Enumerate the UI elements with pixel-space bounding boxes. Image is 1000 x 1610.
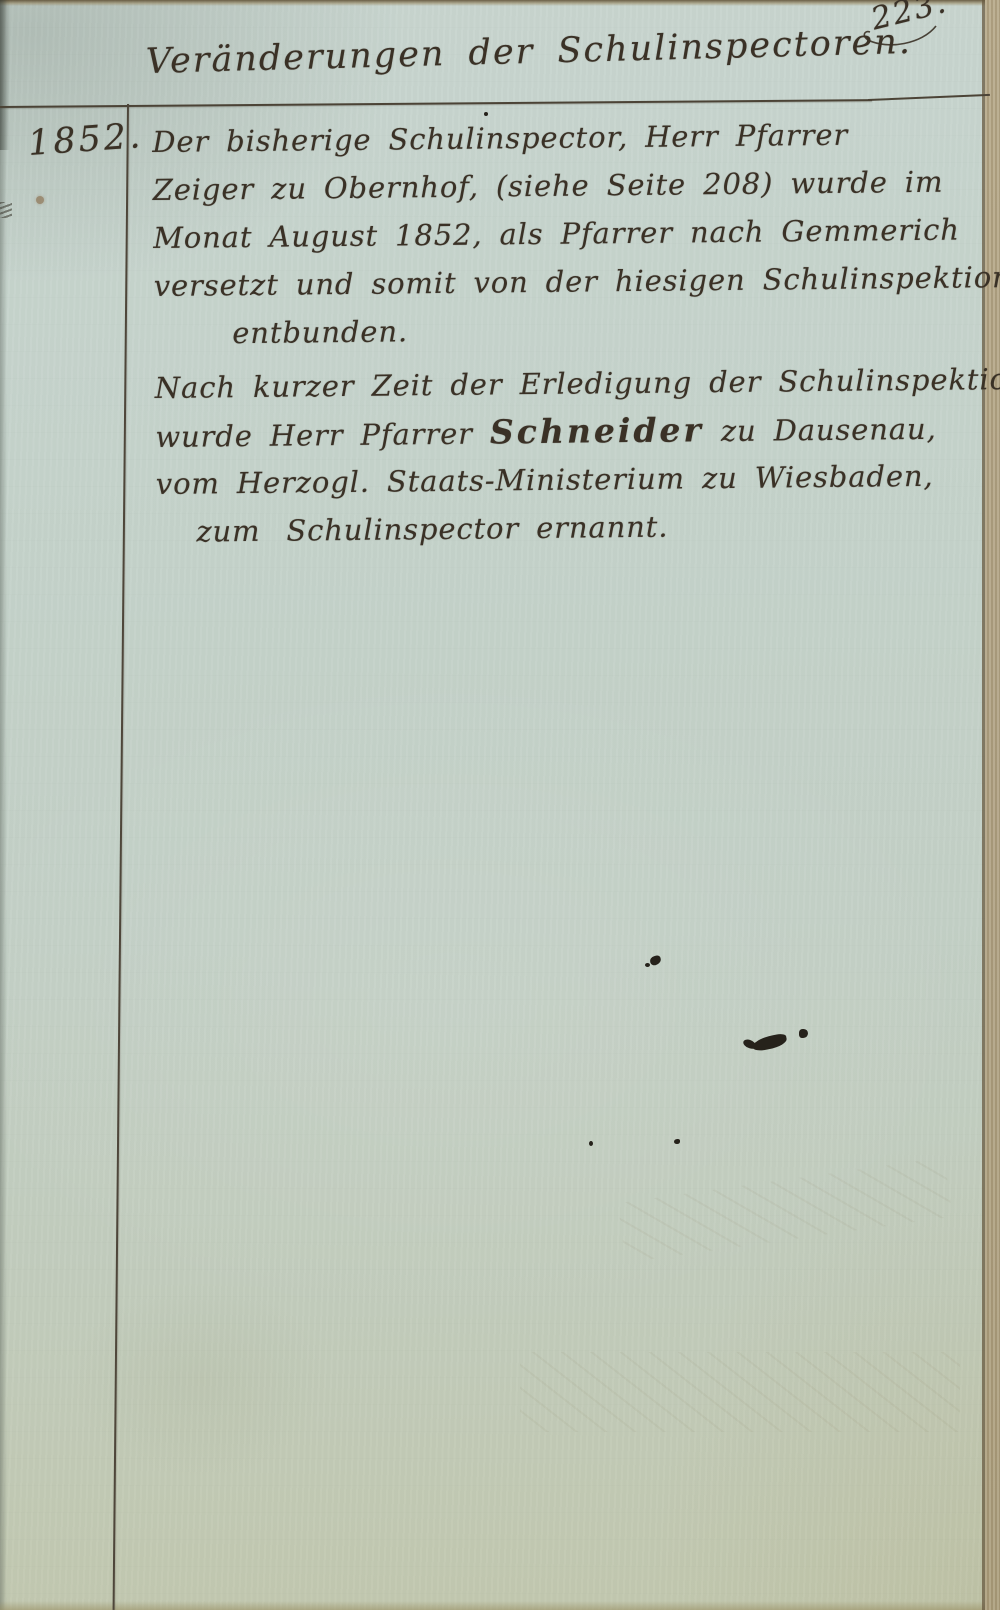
entry-line-7-suffix: zu Dausenau, [704, 412, 937, 448]
entry-line-3: Monat August 1852, als Pfarrer nach Gemm… [153, 205, 973, 262]
entry-line-4: versetzt und somit von der hiesigen Schu… [154, 253, 974, 310]
show-through-smudge [520, 1352, 960, 1432]
manuscript-page: 223. Veränderungen der Schulinspectoren.… [0, 0, 1000, 1610]
underlying-page-edge [985, 0, 1000, 1610]
entry-line-9-word1: zum [196, 514, 286, 549]
entry-text: Der bisherige Schulinspector, Herr Pfarr… [152, 109, 977, 556]
foxing-spot [36, 196, 44, 204]
ink-blot-large-tail [742, 1038, 757, 1050]
entry-line-9-rest: Schulinspector ernannt. [286, 510, 668, 548]
show-through-smudge [617, 1157, 952, 1262]
ink-blot-large [751, 1033, 788, 1052]
paper-stain [70, 1280, 330, 1480]
entry-line-1: Der bisherige Schulinspector, Herr Pfarr… [152, 109, 972, 166]
page-left-edge [0, 0, 7, 1610]
ink-blot [649, 955, 662, 967]
page-bottom-edge [0, 1601, 1000, 1610]
entry-line-5: entbunden. [154, 301, 974, 358]
entry-line-2: Zeiger zu Obernhof, (siehe Seite 208) wu… [153, 157, 973, 214]
margin-column-rule [113, 104, 129, 1610]
entry-line-7: wurde Herr Pfarrer Schneider zu Dausenau… [155, 403, 975, 460]
header-rule-right-segment [868, 94, 990, 101]
ink-speck [674, 1139, 680, 1144]
margin-year: 1852. [27, 116, 145, 164]
entry-line-9: zumSchulinspector ernannt. [156, 499, 976, 556]
page-top-edge [0, 0, 1000, 6]
ink-speck [589, 1141, 593, 1146]
section-heading: Veränderungen der Schulinspectoren. [145, 22, 912, 82]
inspector-name: Schneider [490, 410, 704, 451]
page-left-corner-shadow [0, 0, 10, 150]
entry-line-7-prefix: wurde Herr Pfarrer [155, 416, 490, 454]
entry-line-8: vom Herzogl. Staats-Ministerium zu Wiesb… [156, 451, 976, 508]
ink-blot [799, 1029, 808, 1038]
header-rule [0, 99, 872, 108]
entry-line-6: Nach kurzer Zeit der Erledigung der Schu… [155, 355, 975, 412]
ink-blot [645, 963, 650, 967]
ink-speck [484, 112, 488, 116]
margin-pencil-mark [0, 202, 12, 218]
